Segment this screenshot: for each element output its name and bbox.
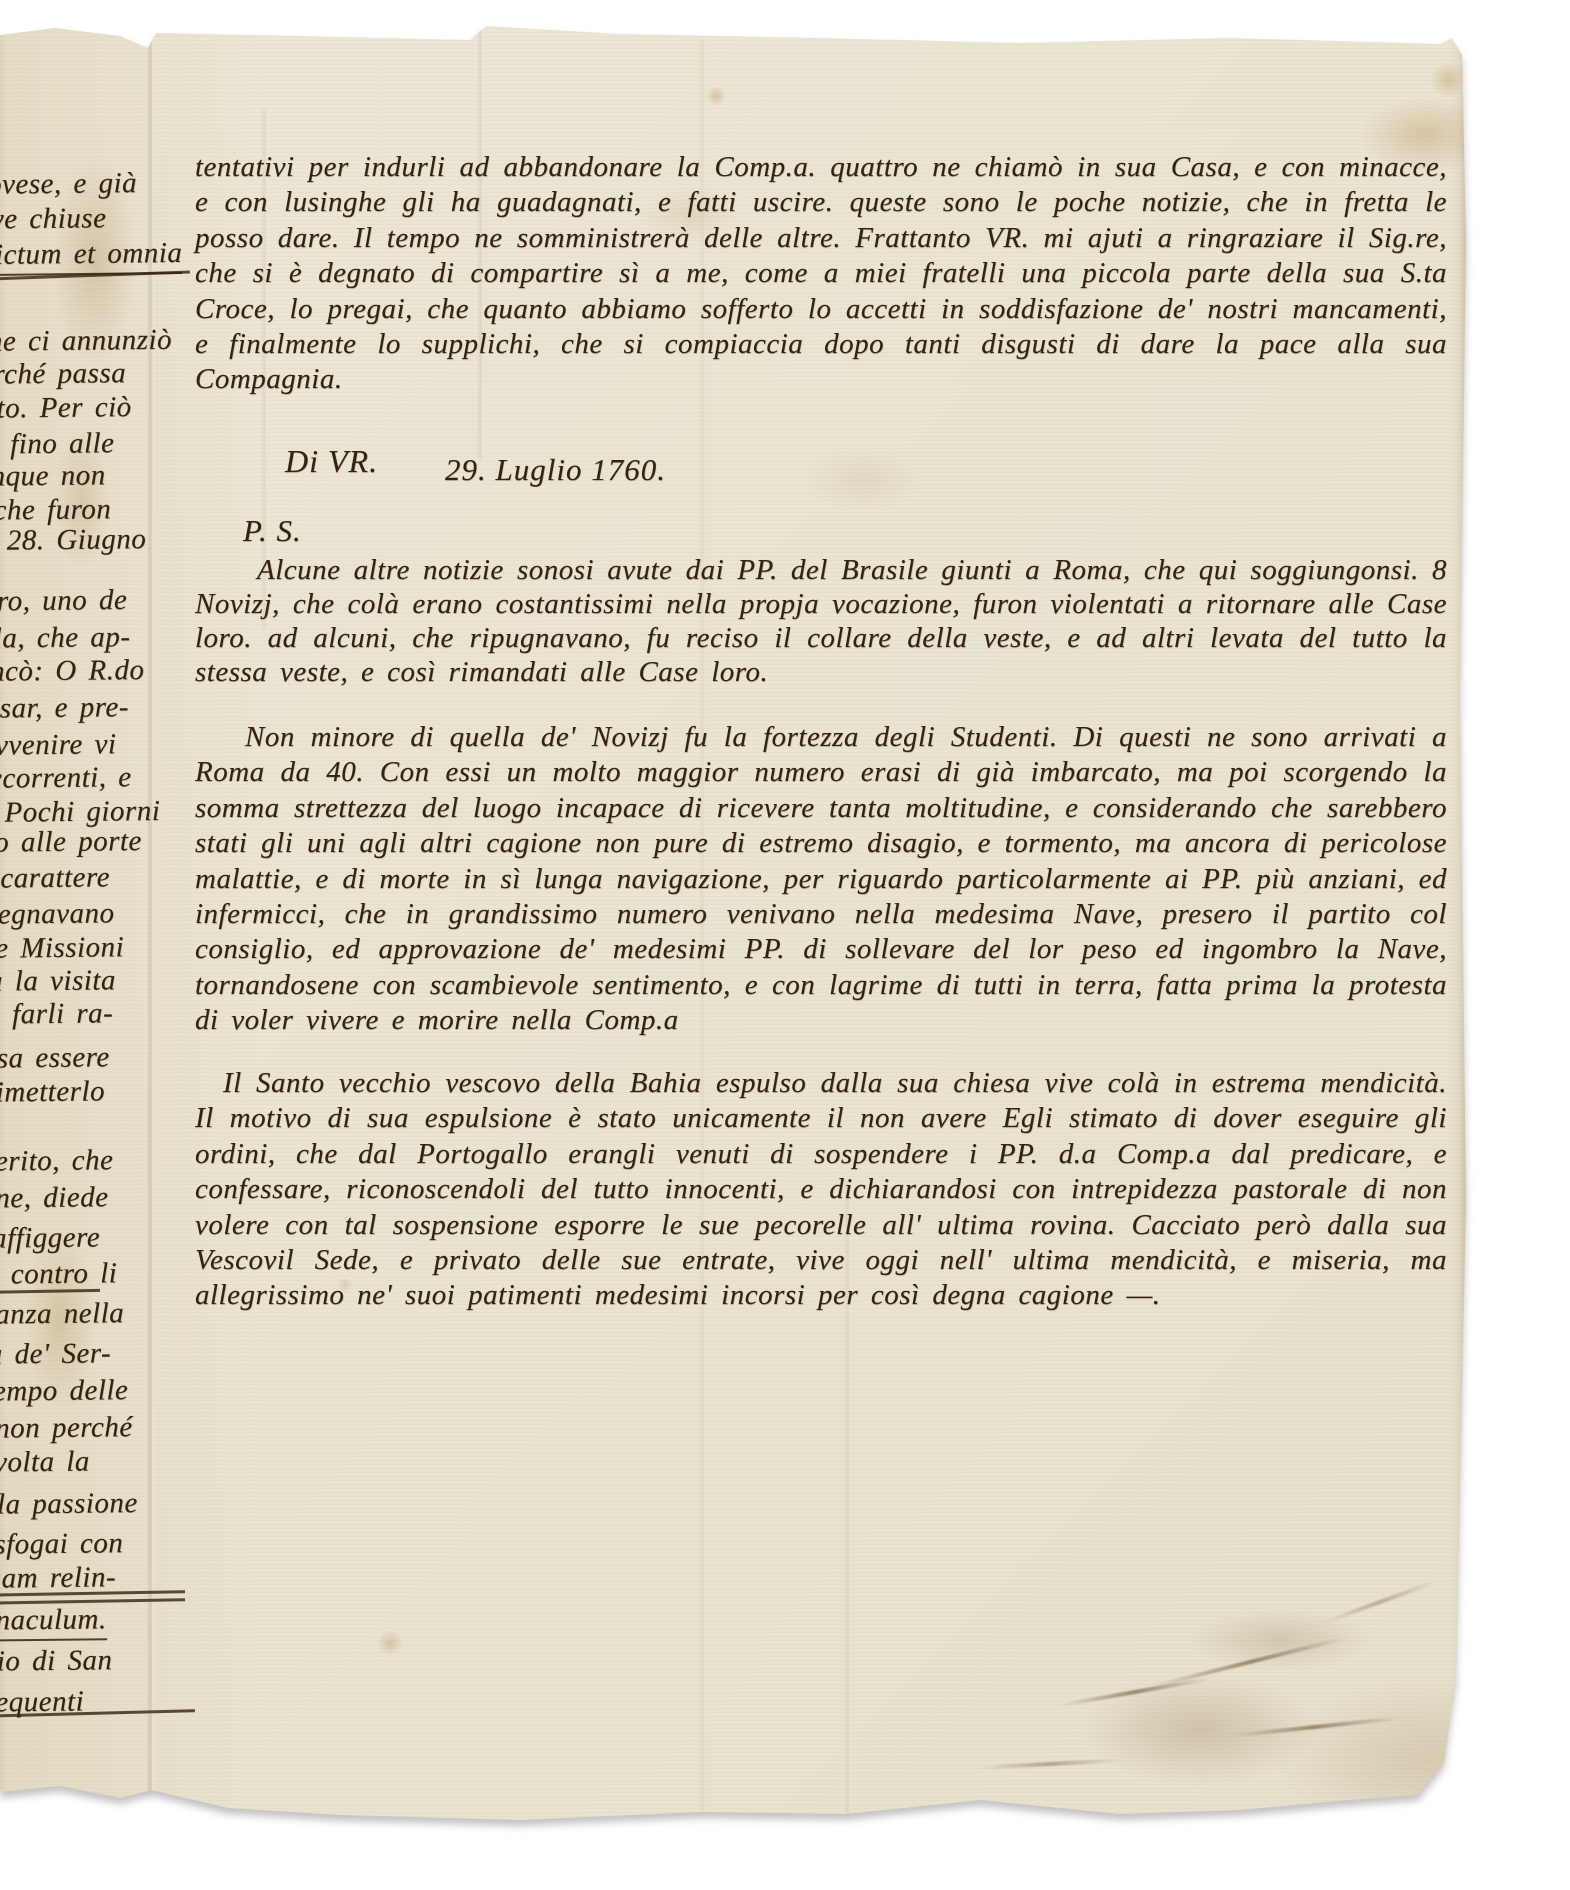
stain — [980, 1758, 1120, 1769]
left-page-line: dictum et omnia — [0, 237, 183, 276]
stain — [1061, 1677, 1209, 1707]
left-page-line: , che furon — [0, 493, 111, 527]
letter-date: 29. Luglio 1760. — [445, 452, 666, 488]
left-page-line: ossa essere — [0, 1041, 110, 1075]
stain — [1152, 1636, 1347, 1688]
left-page-line: anneiro, uno de — [0, 584, 127, 619]
manuscript-scan: novese, e già Nave chiuse dictum et omni… — [0, 0, 1570, 1890]
left-page-line: rimetterlo — [0, 1075, 105, 1109]
left-page-line: l tempo delle — [0, 1374, 128, 1409]
fold-crease — [148, 30, 155, 1810]
left-page-line: inque non — [0, 459, 106, 493]
postscript-paragraph: Non minore di quella de' Novizj fu la fo… — [195, 720, 1447, 1039]
letter-closing: Di VR. — [285, 443, 378, 480]
stain — [1230, 1716, 1399, 1738]
left-page-line: lle Missioni — [0, 931, 124, 966]
left-page-line: eranza nella — [0, 1297, 124, 1332]
left-page-line: ario di San — [0, 1644, 113, 1678]
left-page-line: volta la — [0, 1445, 90, 1479]
left-page-line: ne fino alle — [0, 427, 115, 462]
left-page-line: za de' Ser- — [0, 1337, 111, 1371]
left-page-line: e non perché — [0, 1411, 133, 1446]
left-page-line: riferito, che — [0, 1144, 114, 1179]
paper-shadow: novese, e già Nave chiuse dictum et omni… — [0, 0, 1466, 1890]
left-page-line: ignaculum. — [0, 1603, 107, 1641]
left-page-line: isso alle porte — [0, 825, 142, 860]
left-page-line: novese, e già — [0, 167, 137, 202]
left-page-line: a la visita — [0, 964, 116, 998]
left-page-line: occorrenti, e — [0, 761, 132, 796]
left-page-line: tuam relin- — [0, 1561, 116, 1595]
left-page-line: a 28. Giugno — [0, 523, 146, 558]
left-page-line: Nave chiuse — [0, 202, 107, 237]
left-page-line: o, che ci annunziò — [0, 324, 172, 359]
left-page-line: della passione — [0, 1487, 138, 1522]
manuscript-rule — [0, 1289, 100, 1294]
postscript-paragraph: Il Santo vecchio vescovo della Bahia esp… — [195, 1066, 1447, 1314]
left-page-line: abito. Per ciò — [0, 391, 132, 426]
left-page-line: avvenire vi — [0, 728, 117, 762]
left-page-line: si farli ra- — [0, 997, 113, 1031]
left-page-line: perché passa — [0, 357, 126, 392]
stain — [1323, 1580, 1437, 1625]
paper-sheet: novese, e già Nave chiuse dictum et omni… — [0, 0, 1466, 1858]
letter-body-continuation: tentativi per indurli ad abbandonare la … — [195, 150, 1447, 398]
postscript-paragraph: Alcune altre notizie sonosi avute dai PP… — [195, 553, 1447, 689]
left-page-line: affiggere — [0, 1221, 100, 1255]
left-page-line: o contro li — [0, 1257, 117, 1291]
left-page-line: segnavano — [0, 897, 115, 931]
left-page-line: dancò: O R.do — [0, 654, 145, 689]
left-page-line: parla, che ap- — [0, 621, 131, 656]
left-page-line: zione, diede — [0, 1181, 109, 1216]
left-page-line: fessar, e pre- — [0, 691, 129, 726]
left-page-line: i sfogai con — [0, 1527, 124, 1562]
left-page-line: l carattere — [0, 861, 110, 895]
postscript-label: P. S. — [243, 513, 302, 549]
